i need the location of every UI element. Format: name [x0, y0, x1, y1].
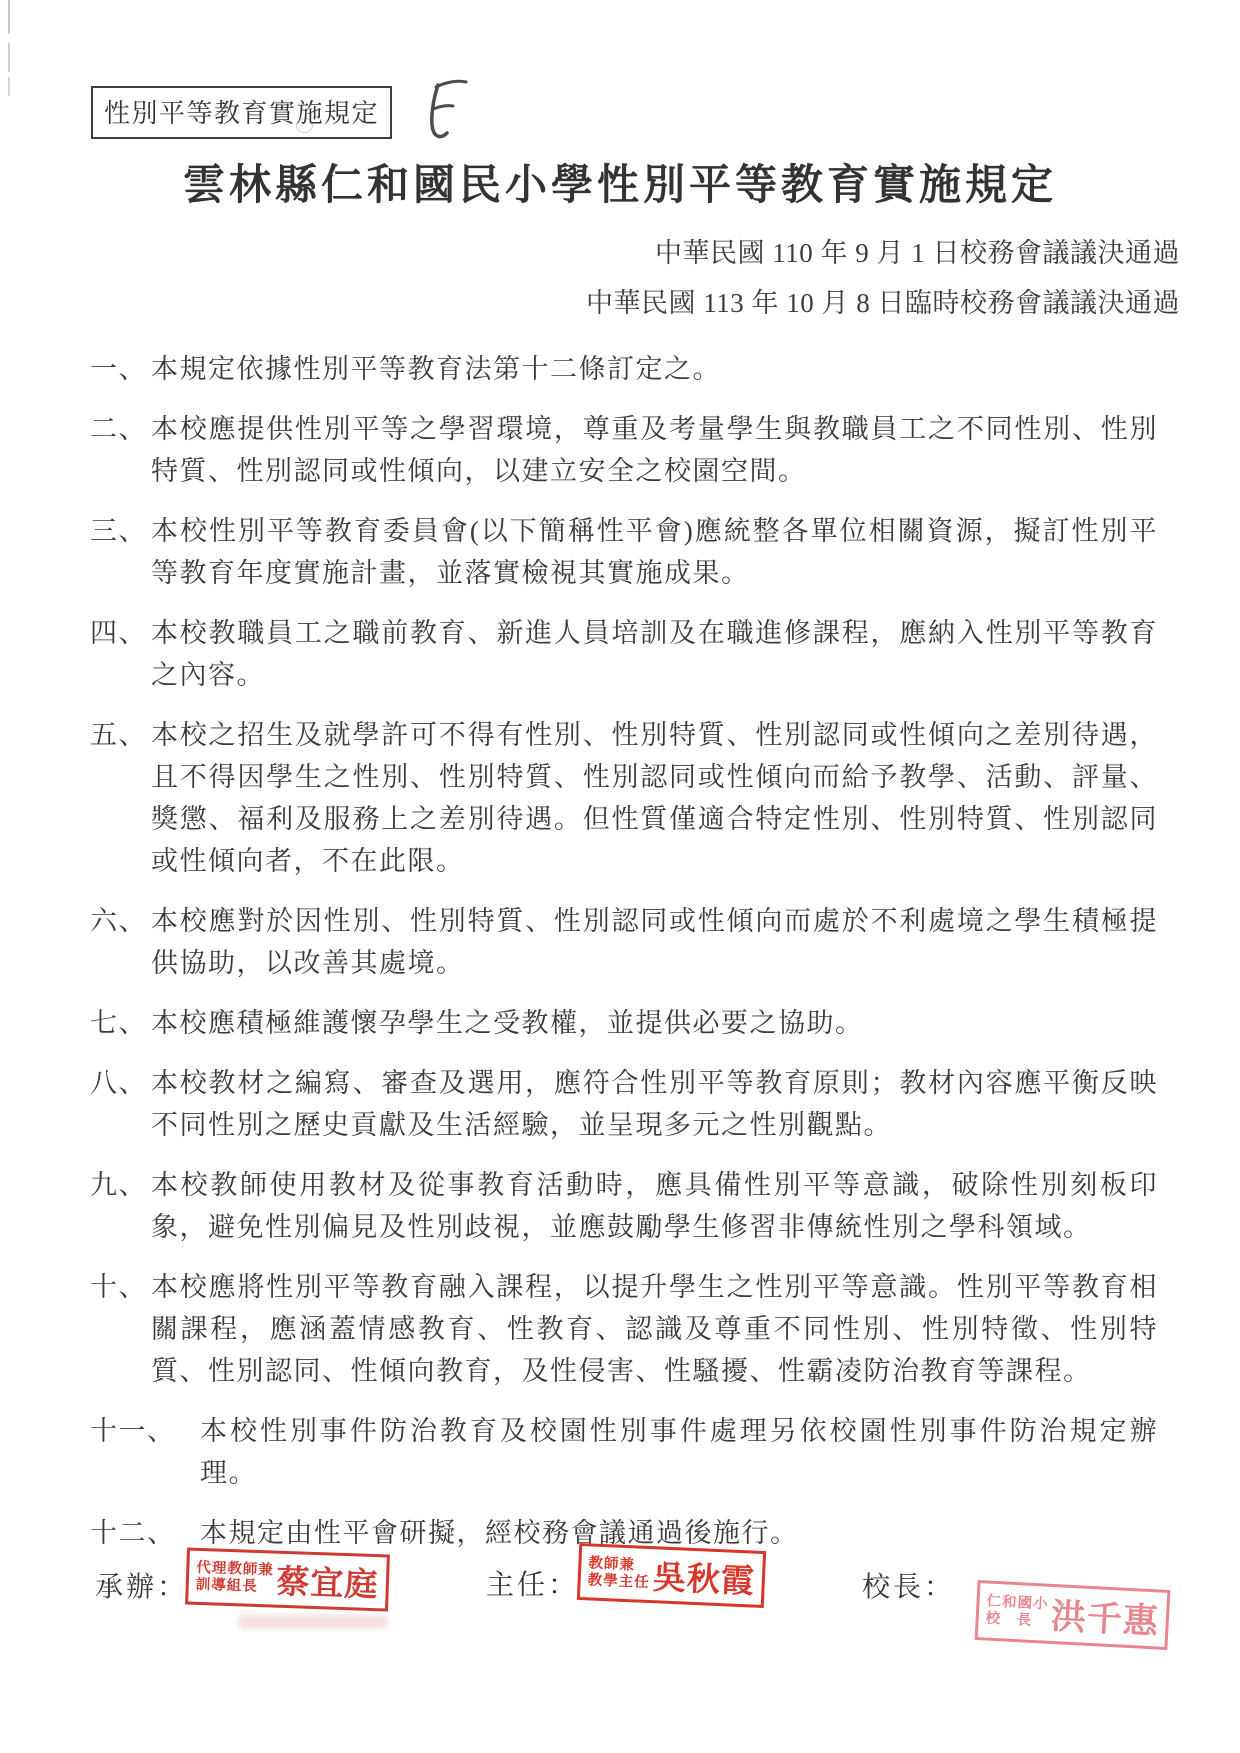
approval-line-1: 中華民國 110 年 9 月 1 日校務會議議決通過 — [586, 228, 1180, 278]
principal-label: 校長： — [862, 1565, 955, 1605]
clause-8-text: 本校教材之編寫、審查及選用，應符合性別平等教育原則；教材內容應平衡反映不同性別之… — [151, 1062, 1158, 1146]
clause-3-number: 三、 — [90, 510, 151, 594]
handler-stamp-role: 代理教師兼 訓導組長 — [195, 1560, 274, 1596]
director-stamp: 教師兼 教學主任 吳秋霞 — [577, 1543, 766, 1608]
approval-line-2: 中華民國 113 年 10 月 8 日臨時校務會議議決通過 — [586, 278, 1180, 328]
clause-5-number: 五、 — [90, 714, 151, 882]
handwritten-mark-icon — [420, 78, 474, 149]
clause-6-number: 六、 — [90, 900, 151, 984]
clause-11-number: 十一、 — [90, 1410, 186, 1494]
principal-stamp-name: 洪千惠 — [1050, 1589, 1160, 1645]
principal-stamp-role: 仁和國小 校 長 — [985, 1594, 1049, 1631]
handler-stamp-name: 蔡宜庭 — [276, 1556, 380, 1607]
clause-9: 九、本校教師使用教材及從事教育活動時，應具備性別平等意識，破除性別刻板印象，避免… — [90, 1164, 1158, 1248]
clause-3-text: 本校性別平等教育委員會(以下簡稱性平會)應統整各單位相關資源，擬訂性別平等教育年… — [151, 510, 1158, 594]
clause-10: 十、本校應將性別平等教育融入課程，以提升學生之性別平等意識。性別平等教育相關課程… — [90, 1266, 1158, 1392]
clause-10-number: 十、 — [90, 1266, 151, 1392]
clause-9-text: 本校教師使用教材及從事教育活動時，應具備性別平等意識，破除性別刻板印象，避免性別… — [151, 1164, 1158, 1248]
clause-11: 十一、本校性別事件防治教育及校園性別事件處理另依校園性別事件防治規定辦理。 — [90, 1410, 1158, 1494]
clause-8-number: 八、 — [90, 1062, 151, 1146]
scan-edge-artifact — [8, 0, 10, 96]
clause-9-number: 九、 — [90, 1164, 151, 1248]
clause-4-number: 四、 — [90, 612, 151, 696]
clause-8: 八、本校教材之編寫、審查及選用，應符合性別平等教育原則；教材內容應平衡反映不同性… — [90, 1062, 1158, 1146]
clause-4-text: 本校教職員工之職前教育、新進人員培訓及在職進修課程，應納入性別平等教育之內容。 — [151, 612, 1158, 696]
director-stamp-role-line2: 教學主任 — [587, 1572, 650, 1591]
document-title: 雲林縣仁和國民小學性別平等教育實施規定 — [0, 152, 1240, 212]
clause-4: 四、本校教職員工之職前教育、新進人員培訓及在職進修課程，應納入性別平等教育之內容… — [90, 612, 1158, 696]
principal-stamp: 仁和國小 校 長 洪千惠 — [975, 1580, 1171, 1650]
principal-stamp-role-line2: 校 長 — [985, 1610, 1048, 1630]
clause-2-text: 本校應提供性別平等之學習環境，尊重及考量學生與教職員工之不同性別、性別特質、性別… — [151, 408, 1158, 492]
director-stamp-name: 吳秋霞 — [652, 1551, 756, 1602]
clause-1-number: 一、 — [90, 348, 151, 390]
clause-6-text: 本校應對於因性別、性別特質、性別認同或性傾向而處於不利處境之學生積極提供協助，以… — [151, 900, 1158, 984]
approval-lines: 中華民國 110 年 9 月 1 日校務會議議決通過 中華民國 113 年 10… — [586, 228, 1180, 328]
handler-stamp-role-line2: 訓導組長 — [195, 1576, 273, 1595]
clause-11-text: 本校性別事件防治教育及校園性別事件處理另依校園性別事件防治規定辦理。 — [200, 1410, 1158, 1494]
signoff-row: 承辦： 代理教師兼 訓導組長 蔡宜庭 主任： 教師兼 教學主任 吳秋霞 校長： … — [0, 1545, 1240, 1685]
clause-5-text: 本校之招生及就學許可不得有性別、性別特質、性別認同或性傾向之差別待遇，且不得因學… — [151, 714, 1158, 882]
clause-7: 七、本校應積極維護懷孕學生之受教權，並提供必要之協助。 — [90, 1002, 1158, 1044]
clause-7-number: 七、 — [90, 1002, 151, 1044]
stamp-ghost-artifact — [238, 1615, 388, 1628]
clause-7-text: 本校應積極維護懷孕學生之受教權，並提供必要之協助。 — [151, 1002, 1158, 1044]
director-stamp-role: 教師兼 教學主任 — [587, 1555, 650, 1591]
clause-3: 三、本校性別平等教育委員會(以下簡稱性平會)應統整各單位相關資源，擬訂性別平等教… — [90, 510, 1158, 594]
scanned-document-page: { "doc": { "corner_label": "性別平等教育實施規定",… — [0, 0, 1240, 1753]
corner-label-text: 性別平等教育實施規定 — [104, 99, 379, 128]
clause-6: 六、本校應對於因性別、性別特質、性別認同或性傾向而處於不利處境之學生積極提供協助… — [90, 900, 1158, 984]
corner-label-box: 性別平等教育實施規定 — [91, 86, 392, 139]
director-label: 主任： — [486, 1563, 579, 1603]
clause-1: 一、本規定依據性別平等教育法第十二條訂定之。 — [90, 348, 1158, 390]
clause-5: 五、本校之招生及就學許可不得有性別、性別特質、性別認同或性傾向之差別待遇，且不得… — [90, 714, 1158, 882]
clause-1-text: 本規定依據性別平等教育法第十二條訂定之。 — [151, 348, 1158, 390]
handler-label: 承辦： — [95, 1565, 188, 1605]
clause-list: 一、本規定依據性別平等教育法第十二條訂定之。 二、本校應提供性別平等之學習環境，… — [90, 348, 1158, 1572]
clause-2-number: 二、 — [90, 408, 151, 492]
handler-stamp: 代理教師兼 訓導組長 蔡宜庭 — [185, 1547, 389, 1611]
clause-2: 二、本校應提供性別平等之學習環境，尊重及考量學生與教職員工之不同性別、性別特質、… — [90, 408, 1158, 492]
clause-10-text: 本校應將性別平等教育融入課程，以提升學生之性別平等意識。性別平等教育相關課程，應… — [151, 1266, 1158, 1392]
